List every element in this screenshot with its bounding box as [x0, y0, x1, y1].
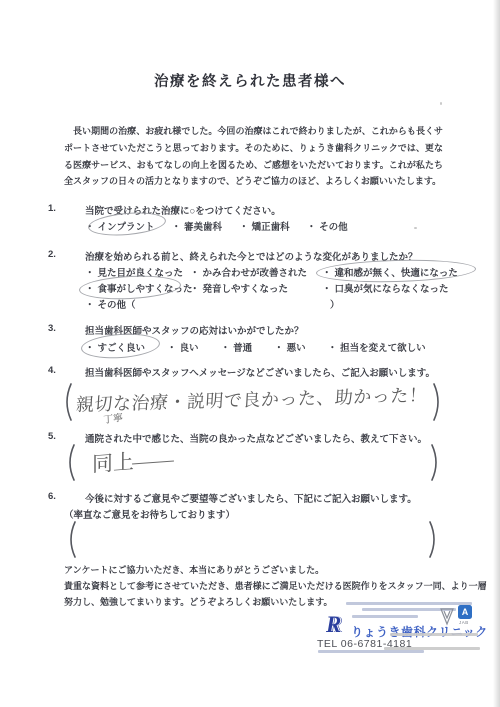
fine-print-line	[346, 602, 472, 605]
question-6-subtext: （率直なご意見をお待ちしております）	[64, 507, 235, 521]
answer-box-right-paren-q5	[429, 444, 443, 481]
answer-box-left-paren-q5	[63, 444, 77, 481]
option-bad: 悪い	[274, 340, 306, 354]
certification-mark-triangle-icon	[439, 606, 455, 626]
fine-print-line	[390, 633, 478, 636]
scan-edge-shadow	[493, 0, 500, 707]
option-other-close-paren: ）	[330, 297, 340, 311]
question-3-number: 3.	[48, 323, 56, 334]
answer-box-right-paren-q6	[427, 521, 441, 558]
option-cosmetic-dentistry: 審美歯科	[172, 219, 223, 233]
option-bite-improved: かみ合わせが改善された	[190, 265, 307, 279]
footer-thanks-line-2: 貴重な資料として参考にさせていただき、患者様にご満足いただける医院作りをスタッフ…	[64, 579, 487, 592]
option-easier-speaking: 発音しやすくなった	[190, 281, 288, 295]
option-good: 良い	[167, 340, 199, 354]
option-no-bad-breath: 口臭が気にならなくなった	[322, 281, 449, 295]
intro-paragraph: 長い期間の治療、お疲れ様でした。今回の治療はこれで終わりましたが、これからも長く…	[64, 123, 443, 190]
question-5-number: 5.	[48, 431, 56, 442]
question-5-text: 通院された中で感じた、当院の良かった点などございましたら、教えて下さい。	[85, 431, 427, 445]
question-6-text: 今後に対するご意見やご要望等ございましたら、下記にご記入お願いします。	[85, 491, 417, 505]
option-change-staff: 担当を変えて欲しい	[328, 340, 426, 354]
handwritten-insertion-q4: 丁寧	[103, 409, 123, 427]
option-other: その他	[307, 219, 348, 233]
certification-jab-label: JAB	[459, 620, 469, 625]
question-1-number: 1.	[48, 203, 56, 214]
answer-box-left-paren-q4	[60, 383, 74, 421]
fine-print-line	[384, 647, 480, 650]
option-normal: 普通	[221, 340, 253, 354]
page-title: 治療を終えられた患者様へ	[0, 70, 500, 91]
option-orthodontics: 矯正歯科	[239, 219, 290, 233]
fine-print-line-email	[318, 650, 424, 653]
question-6-number: 6.	[48, 491, 56, 502]
question-2-number: 2.	[48, 249, 56, 260]
handwritten-stroke-q5	[132, 461, 174, 465]
footer-thanks-line-3: 努力し、勉強してまいります。どうぞよろしくお願いいたします。	[64, 595, 333, 608]
scan-speck	[414, 227, 417, 229]
certification-mark-jab-icon: A	[458, 605, 472, 619]
fine-print-line	[352, 615, 418, 618]
handwritten-answer-q5: 同上	[92, 445, 134, 478]
question-4-text: 担当歯科医師やスタッフへメッセージなどございましたら、ご記入お願いします。	[85, 365, 435, 379]
clinic-logo-r: R	[326, 612, 341, 638]
questionnaire-page: 治療を終えられた患者様へ 長い期間の治療、お疲れ様でした。今回の治療はこれで終わ…	[0, 0, 500, 707]
scan-speck	[440, 102, 442, 105]
answer-box-left-paren-q6	[64, 521, 78, 558]
handwritten-answer-q4: 親切な治療・説明で良かった、助かった！	[75, 381, 428, 417]
question-4-number: 4.	[48, 365, 56, 376]
footer-thanks-line-1: アンケートにご協力いただき、本当にありがとうございました。	[64, 563, 324, 576]
answer-box-right-paren-q4	[431, 383, 445, 421]
